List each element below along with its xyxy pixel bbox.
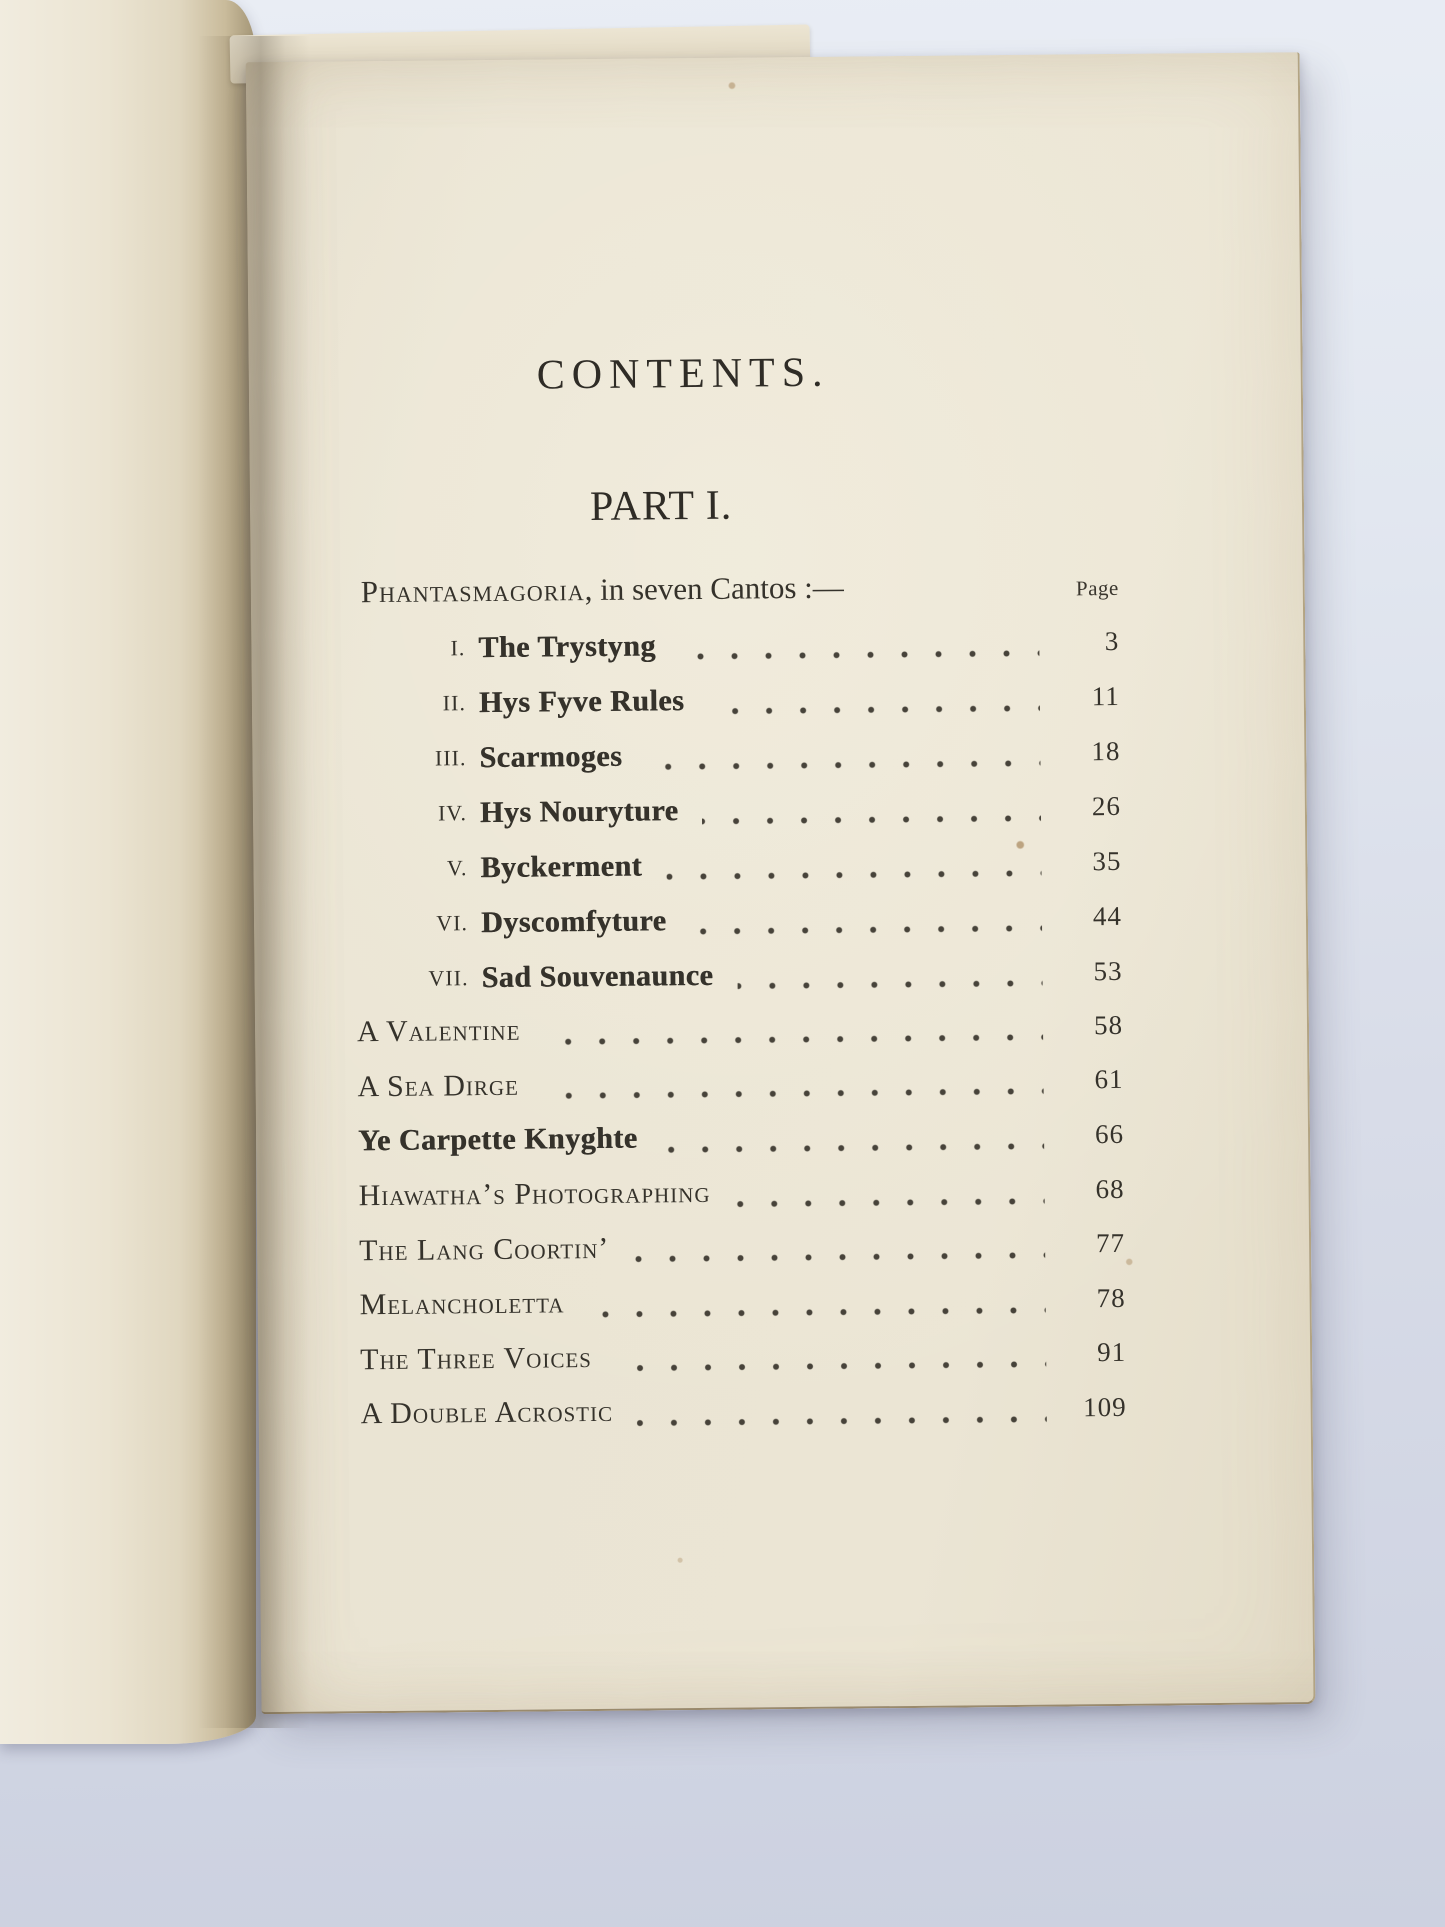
page-number: 26 [1057, 791, 1121, 823]
dot-leader [633, 1252, 1045, 1263]
page-number: 109 [1063, 1392, 1127, 1424]
page-column-label: Page [1076, 576, 1119, 601]
page-title: CONTENTS. [537, 349, 830, 400]
canto-title: The Trystyng [478, 629, 656, 665]
canto-title: Sad Souvenaunce [481, 958, 713, 994]
toc-row: A Valentine 58 [357, 998, 1123, 1060]
page-number: 18 [1056, 736, 1120, 768]
canto-numeral: V. [355, 855, 467, 882]
canto-numeral: IV. [355, 800, 467, 827]
dot-leader [690, 925, 1042, 935]
page-number: 68 [1060, 1173, 1124, 1205]
page-number: 35 [1057, 846, 1121, 878]
toc-row: A Sea Dirge 61 [357, 1053, 1123, 1115]
entry-title: A Valentine [357, 1014, 521, 1050]
toc-row: II. Hys Fyve Rules 11 [354, 669, 1120, 731]
contents-page: CONTENTS. PART I. Phantasmagoria, in sev… [246, 52, 1316, 1714]
toc-row: Melancholetta 78 [359, 1271, 1125, 1333]
toc-row: Hiawatha’s Photographing 68 [358, 1162, 1124, 1224]
verso-pages [0, 0, 256, 1744]
toc-row: III. Scarmoges 18 [354, 724, 1120, 786]
canto-numeral: VI. [356, 910, 468, 937]
entry-title: Ye Carpette Knyghte [358, 1122, 638, 1159]
part-heading: PART I. [590, 482, 733, 531]
toc-row: VI. Dyscomfyture 44 [356, 889, 1122, 951]
page-number: 78 [1061, 1283, 1125, 1315]
toc-row: I. The Trystyng 3 [353, 614, 1119, 676]
dot-leader [589, 1306, 1046, 1317]
section-name: Phantasmagoria [361, 572, 585, 609]
dot-leader [543, 1088, 1044, 1100]
page-number: 53 [1058, 956, 1122, 988]
dot-leader [637, 1416, 1047, 1427]
dot-leader [545, 1033, 1044, 1045]
canto-title: Hys Nouryture [480, 794, 679, 830]
canto-numeral: VII. [356, 965, 468, 992]
canto-numeral: II. [354, 690, 466, 717]
canto-numeral: I. [353, 635, 465, 662]
page-number: 44 [1058, 901, 1122, 933]
entry-title: Melancholetta [359, 1287, 564, 1323]
page-number: 77 [1061, 1228, 1125, 1260]
dot-leader [737, 980, 1042, 990]
dot-leader [735, 1197, 1045, 1207]
entry-title: The Three Voices [360, 1341, 592, 1377]
page-number: 11 [1056, 681, 1120, 713]
section-header: Phantasmagoria, in seven Cantos :— Page [361, 567, 1119, 610]
section-suffix: , in seven Cantos :— [584, 570, 843, 607]
page-number: 66 [1060, 1119, 1124, 1151]
toc-row: VII. Sad Souvenaunce 53 [356, 944, 1122, 1006]
book-photograph: CONTENTS. PART I. Phantasmagoria, in sev… [0, 0, 1445, 1927]
toc-row: Ye Carpette Knyghte 66 [358, 1107, 1124, 1169]
page-number: 61 [1059, 1064, 1123, 1096]
entry-title: A Sea Dirge [357, 1069, 519, 1105]
canto-numeral: III. [354, 745, 466, 772]
canto-title: Byckerment [480, 849, 642, 885]
toc-row: The Lang Coortin’ 77 [359, 1216, 1125, 1278]
section-title: Phantasmagoria, in seven Cantos :— [361, 570, 844, 611]
entry-title: Hiawatha’s Photographing [358, 1176, 710, 1213]
canto-title: Dyscomfyture [481, 904, 667, 940]
toc-entry-list: A Valentine 58 A Sea Dirge 61 Ye Carpett… [357, 998, 1127, 1442]
dot-leader [680, 650, 1040, 660]
toc-row: The Three Voices 91 [360, 1325, 1126, 1387]
canto-title: Hys Fyve Rules [479, 684, 685, 720]
toc-row: A Double Acrostic 109 [360, 1380, 1126, 1442]
dot-leader [708, 705, 1040, 715]
toc-canto-list: I. The Trystyng 3 II. Hys Fyve Rules 11 … [353, 614, 1123, 1006]
toc-row: V. Byckerment 35 [355, 834, 1121, 896]
page-number: 3 [1055, 626, 1119, 658]
canto-title: Scarmoges [479, 739, 622, 774]
entry-title: The Lang Coortin’ [359, 1232, 610, 1268]
dot-leader [662, 1143, 1045, 1154]
dot-leader [666, 870, 1041, 881]
dot-leader [646, 760, 1040, 771]
page-number: 58 [1059, 1010, 1123, 1042]
entry-title: A Double Acrostic [361, 1395, 614, 1431]
toc-row: IV. Hys Nouryture 26 [355, 779, 1121, 841]
dot-leader [702, 815, 1041, 825]
dot-leader [616, 1361, 1046, 1372]
page-number: 91 [1062, 1337, 1126, 1369]
